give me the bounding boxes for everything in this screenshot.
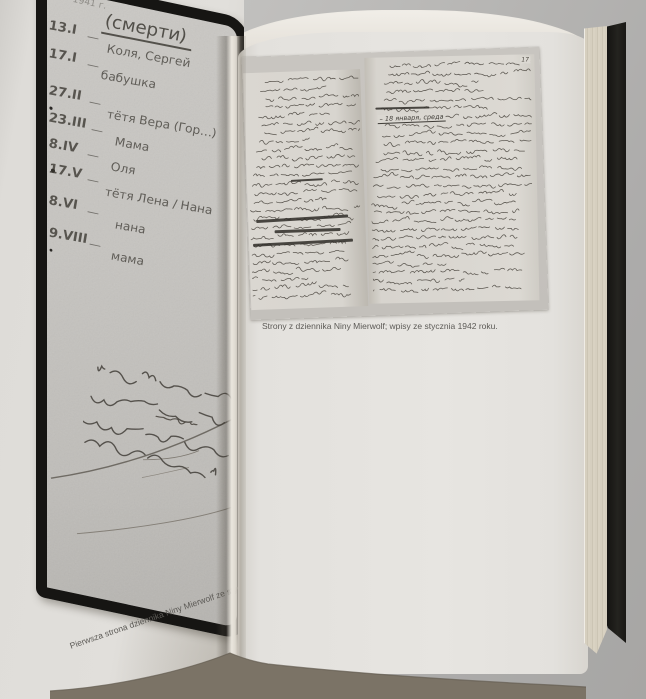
diary-entry-dash: — (87, 172, 99, 189)
diary-entry-dash: — (87, 204, 99, 221)
diary-right-page: – 18 января, среда 17 (364, 54, 539, 304)
diary-entry-dash: — (87, 29, 99, 46)
diary-entry-dash: — (89, 94, 101, 111)
book-back-cover-edge (605, 22, 626, 648)
diary-right-script (368, 57, 535, 300)
photo-paper: 1941 г. (смерти) 13.I — Коля, Сергей 17.… (47, 0, 237, 628)
right-page-caption: Strony z dziennika Niny Mierwolf; wpisy … (262, 321, 498, 331)
diary-left-page (243, 69, 368, 310)
left-page: 1941 г. (смерти) 13.I — Коля, Сергей 17.… (0, 0, 244, 699)
book-photograph: 1941 г. (смерти) 13.I — Коля, Сергей 17.… (0, 0, 646, 699)
diary-entry-dash: — (87, 57, 99, 74)
diary-entry-dash: — (87, 147, 99, 164)
diary-spread-photo: – 18 января, среда 17 (242, 47, 549, 320)
right-page: – 18 января, среда 17 Strony z dziennika… (238, 32, 588, 674)
diary-first-page-photo: 1941 г. (смерти) 13.I — Коля, Сергей 17.… (36, 0, 244, 641)
page-fore-edge (584, 26, 607, 658)
diary-entry-dash: — (91, 122, 103, 139)
diary-page-number: 17 (520, 56, 530, 63)
diary-entry-dash: — (89, 236, 101, 253)
book-gutter (216, 36, 246, 676)
diary-left-script (245, 72, 366, 306)
